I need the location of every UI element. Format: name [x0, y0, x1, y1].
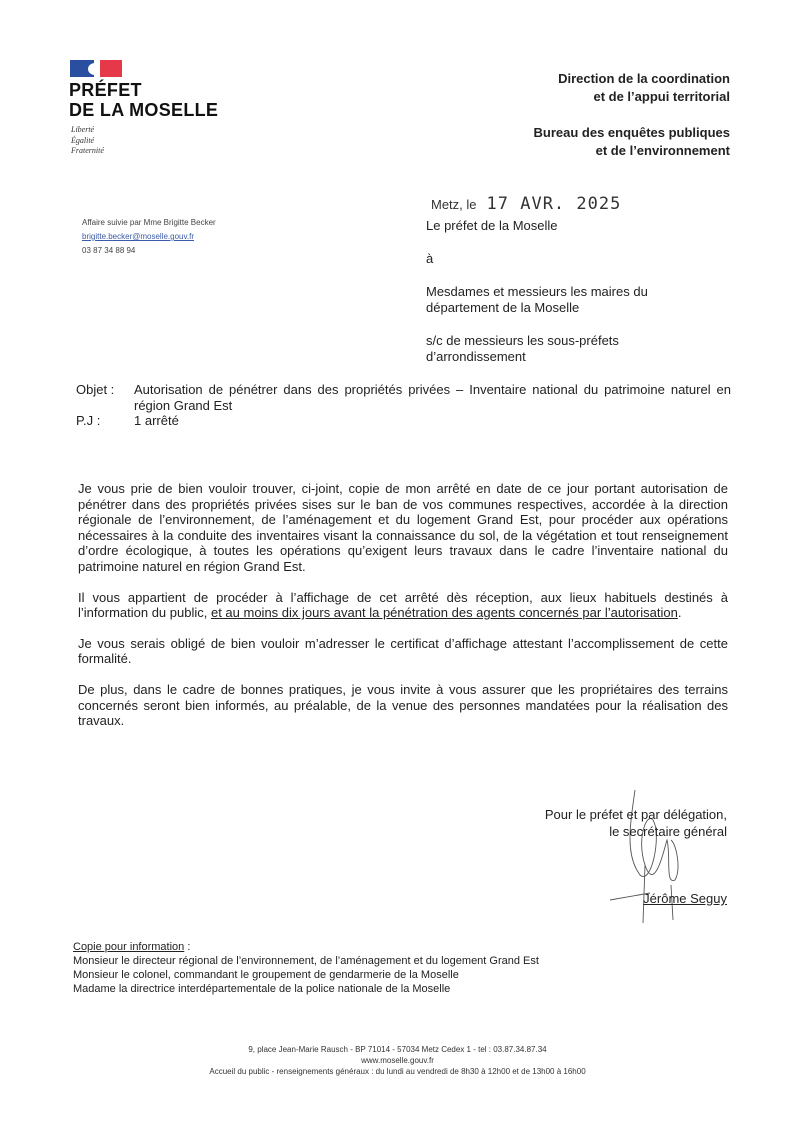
object-label: Objet :	[76, 382, 134, 413]
addressee-line1: Mesdames et messieurs les maires du	[426, 284, 648, 300]
date-stamp: 17 AVR. 2025	[487, 194, 622, 214]
contact-phone: 03 87 34 88 94	[82, 244, 216, 258]
signer-name: Jérôme Seguy	[643, 891, 727, 906]
signature-block: Pour le préfet et par délégation, le sec…	[545, 806, 727, 840]
paragraph-4: De plus, dans le cadre de bonnes pratiqu…	[78, 682, 728, 729]
footer-website-link[interactable]: www.moselle.gouv.fr	[0, 1055, 795, 1066]
footer: 9, place Jean-Marie Rausch - BP 71014 - …	[0, 1044, 795, 1077]
paragraph-1: Je vous prie de bien vouloir trouver, ci…	[78, 481, 728, 575]
copy-recipient: Madame la directrice interdépartementale…	[73, 982, 539, 996]
footer-hours: Accueil du public - renseignements génér…	[0, 1066, 795, 1077]
recipient-block: Le préfet de la Moselle à Mesdames et me…	[426, 218, 648, 365]
via-line1: s/c de messieurs les sous-préfets	[426, 333, 648, 349]
direction-line2: et de l’appui territorial	[534, 88, 731, 106]
bureau-line2: et de l’environnement	[534, 142, 731, 160]
paragraph-2: Il vous appartient de procéder à l’affic…	[78, 590, 728, 621]
via-line2: d’arrondissement	[426, 349, 648, 365]
paragraph-2-emphasis: et au moins dix jours avant la pénétrati…	[211, 605, 678, 620]
sender: Le préfet de la Moselle	[426, 218, 648, 234]
object-text: Autorisation de pénétrer dans des propri…	[134, 382, 731, 413]
marianne-logo-icon	[70, 60, 122, 77]
paragraph-3: Je vous serais obligé de bien vouloir m’…	[78, 636, 728, 667]
copies-colon: :	[184, 941, 190, 953]
motto-fraternite: Fraternité	[71, 146, 104, 157]
service-header: Direction de la coordination et de l’app…	[534, 70, 731, 160]
contact-block: Affaire suivie par Mme Brigitte Becker b…	[82, 216, 216, 258]
copy-recipient: Monsieur le directeur régional de l’envi…	[73, 954, 539, 968]
signature-line1: Pour le préfet et par délégation,	[545, 806, 727, 823]
addressee-line2: département de la Moselle	[426, 300, 648, 316]
motto-egalite: Égalité	[71, 136, 104, 147]
logo-title-line1: PRÉFET	[69, 80, 218, 100]
copy-recipient: Monsieur le colonel, commandant le group…	[73, 968, 539, 982]
letter-body: Je vous prie de bien vouloir trouver, ci…	[78, 481, 728, 744]
attachment-label: P.J :	[76, 413, 134, 429]
date-line: Metz, le17 AVR. 2025	[431, 194, 621, 214]
direction-line1: Direction de la coordination	[534, 70, 731, 88]
prefecture-name: PRÉFET DE LA MOSELLE	[69, 80, 218, 120]
paragraph-2-end: .	[678, 605, 682, 620]
motto-liberte: Liberté	[71, 125, 104, 136]
footer-address: 9, place Jean-Marie Rausch - BP 71014 - …	[0, 1044, 795, 1055]
copies-block: Copie pour information : Monsieur le dir…	[73, 940, 539, 996]
contact-email-link[interactable]: brigitte.becker@moselle.gouv.fr	[82, 230, 216, 244]
bureau-line1: Bureau des enquêtes publiques	[534, 124, 731, 142]
date-place: Metz, le	[431, 197, 477, 212]
copies-title: Copie pour information	[73, 941, 184, 953]
attachment-text: 1 arrêté	[134, 413, 731, 429]
to-label: à	[426, 251, 648, 267]
logo-title-line2: DE LA MOSELLE	[69, 100, 218, 120]
followed-by: Affaire suivie par Mme Brigitte Becker	[82, 216, 216, 230]
republic-motto: Liberté Égalité Fraternité	[71, 125, 104, 157]
object-block: Objet : Autorisation de pénétrer dans de…	[76, 382, 731, 429]
signature-line2: le secrétaire général	[545, 823, 727, 840]
